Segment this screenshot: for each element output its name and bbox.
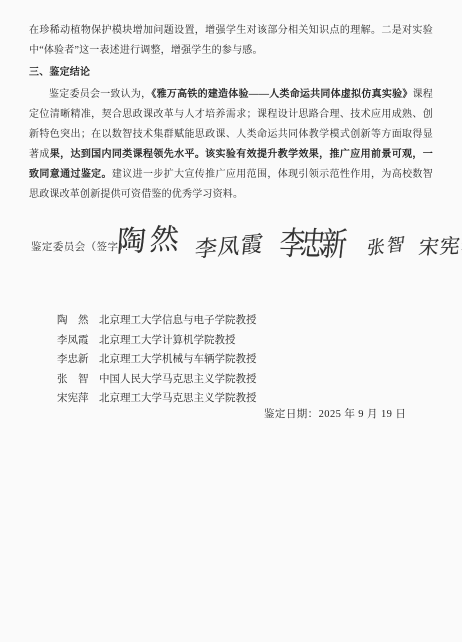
committee-member-row: 李忠新北京理工大学机械与车辆学院教授 [57,350,257,370]
committee-list: 陶 然北京理工大学信息与电子学院教授李凤霞北京理工大学计算机学院教授李忠新北京理… [57,311,257,409]
committee-member-row: 宋宪萍北京理工大学马克思主义学院教授 [57,389,257,409]
member-affiliation: 北京理工大学机械与车辆学院教授 [99,350,257,370]
section-heading-conclusion: 三、鉴定结论 [29,63,433,83]
member-affiliation: 中国人民大学马克思主义学院教授 [99,370,257,390]
handwritten-signature: 宋宪萍 [417,229,462,260]
committee-member-row: 陶 然北京理工大学信息与电子学院教授 [57,311,257,331]
committee-member-row: 李凤霞北京理工大学计算机学院教授 [57,331,257,351]
handwritten-signature: 李凤霞 [193,227,265,264]
member-affiliation: 北京理工大学信息与电子学院教授 [99,311,257,331]
member-name: 陶 然 [57,311,90,331]
handwritten-signature: 李忠新 [278,218,346,266]
handwritten-signature: 陶然 [116,216,185,261]
document-body: 在珍稀动植物保护模块增加问题设置，增强学生对该部分相关知识点的理解。二是对实验中… [29,21,433,205]
conclusion-segment: 鉴定委员会一致认为， [49,89,151,100]
conclusion-segment: 《雅万高铁的建造体验——人类命运共同体虚拟仿真实验》 [151,89,412,100]
handwritten-signature: 张智 [366,229,408,260]
member-name: 李凤霞 [57,331,90,351]
handwritten-signatures: 陶然李凤霞李忠新张智宋宪萍 [117,208,437,266]
member-name: 宋宪萍 [57,389,90,409]
paragraph-continued: 在珍稀动植物保护模块增加问题设置，增强学生对该部分相关知识点的理解。二是对实验中… [29,21,433,61]
conclusion-paragraph: 鉴定委员会一致认为，《雅万高铁的建造体验——人类命运共同体虚拟仿真实验》课程定位… [29,85,433,205]
member-name: 李忠新 [57,350,90,370]
member-affiliation: 北京理工大学计算机学院教授 [99,331,236,351]
appraisal-document-page: 在珍稀动植物保护模块增加问题设置，增强学生对该部分相关知识点的理解。二是对实验中… [0,0,462,642]
signature-row: 鉴定委员会（签字）： 陶然李凤霞李忠新张智宋宪萍 [31,208,441,266]
committee-member-row: 张 智中国人民大学马克思主义学院教授 [57,370,257,390]
member-affiliation: 北京理工大学马克思主义学院教授 [99,389,257,409]
appraisal-date: 鉴定日期：2025 年 9 月 19 日 [264,406,406,421]
member-name: 张 智 [57,370,90,390]
